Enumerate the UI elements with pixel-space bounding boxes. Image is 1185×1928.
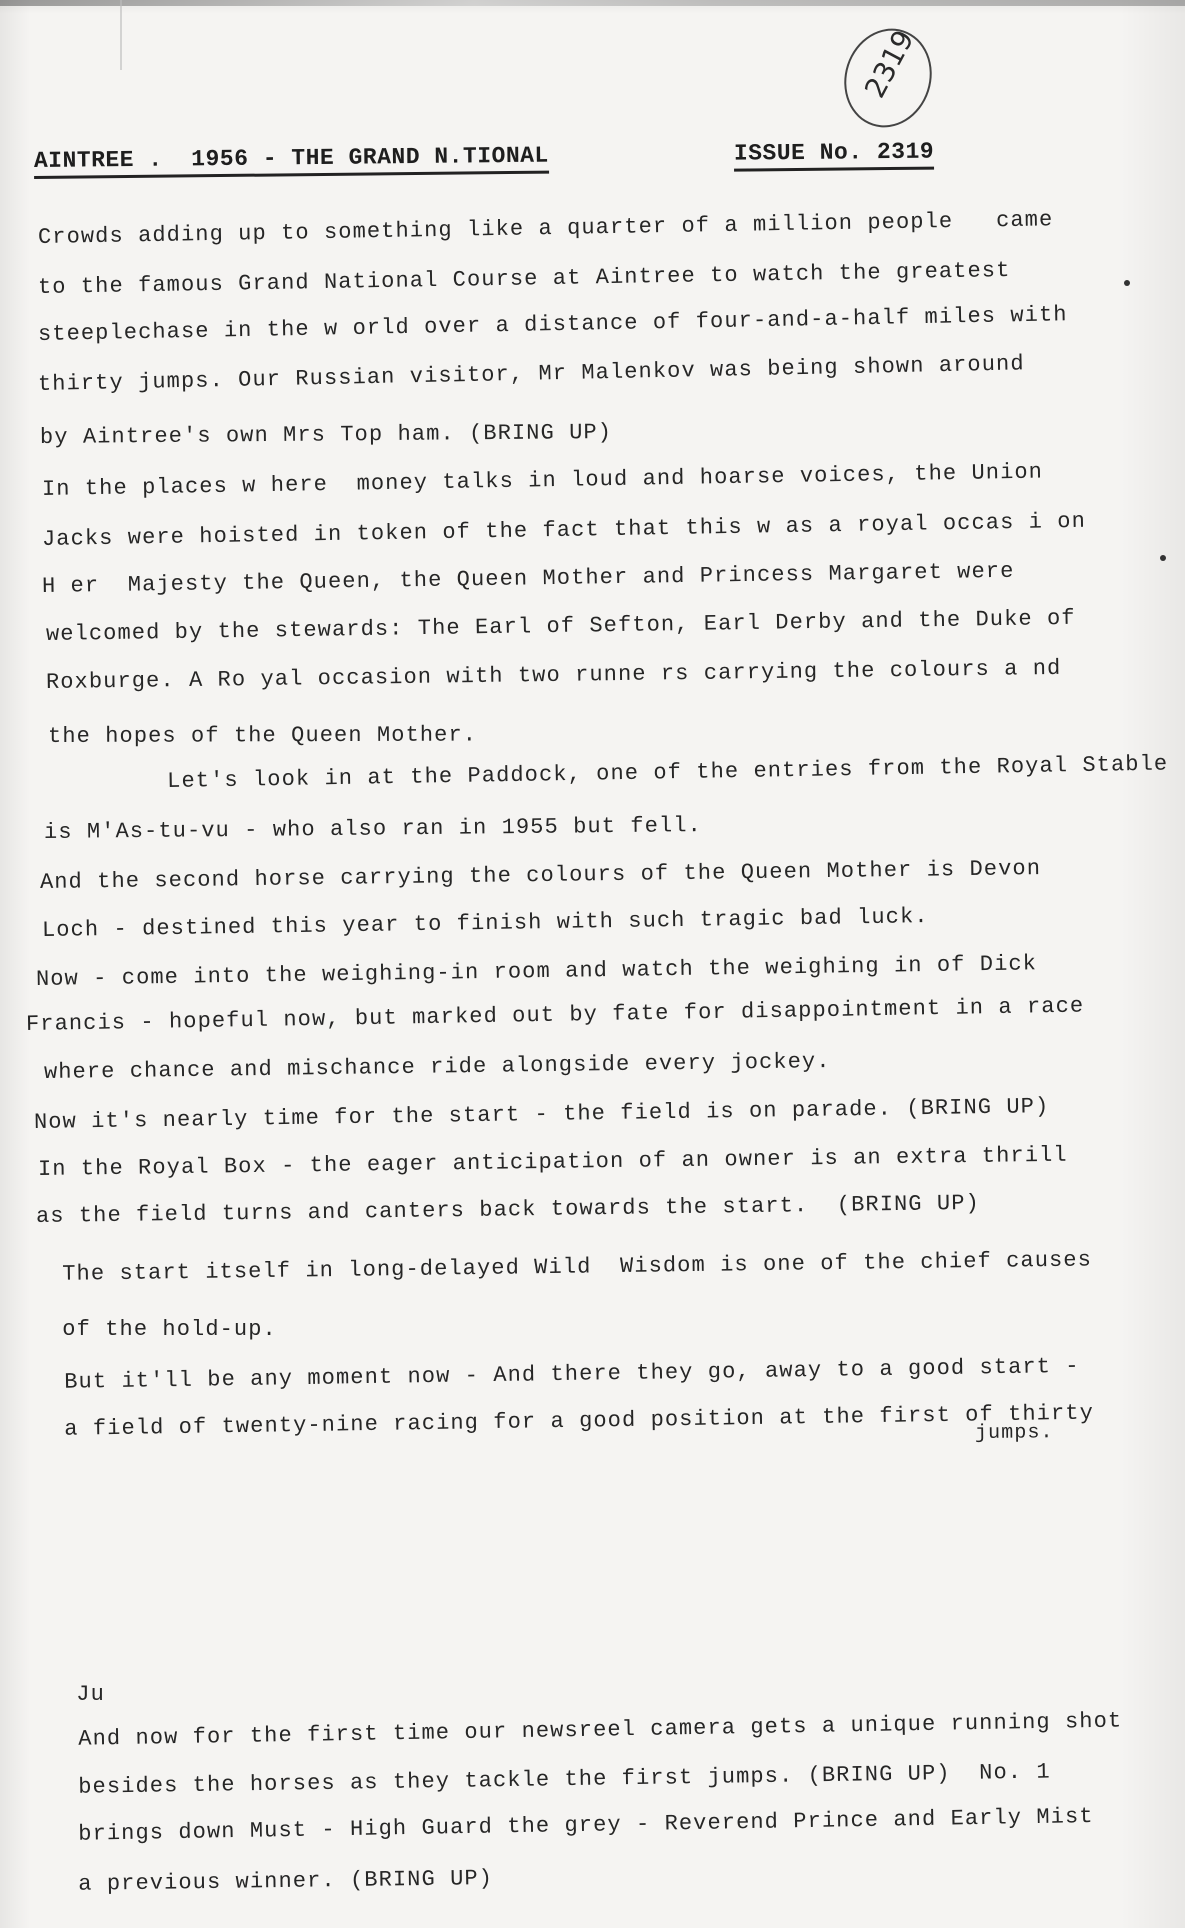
script-line: where chance and mischance ride alongsid…	[44, 1049, 831, 1085]
paper-crease	[120, 0, 122, 70]
script-line: Loch - destined this year to finish with…	[42, 904, 929, 943]
script-line: Ju	[62, 1682, 105, 1707]
script-line: But it'll be any moment now - And there …	[50, 1354, 1080, 1395]
ink-speck	[1124, 280, 1130, 286]
script-line: Let's look in at the Paddock, one of the…	[110, 752, 1169, 795]
script-line: as the field turns and canters back towa…	[36, 1191, 980, 1229]
script-line: a previous winner. (BRING UP)	[64, 1866, 493, 1897]
typewritten-page: 2319 AINTREE . 1956 - THE GRAND N.TIONAL…	[0, 0, 1185, 1928]
script-line: In the places w here money talks in loud…	[42, 460, 1043, 502]
script-line: of the hold-up.	[48, 1317, 277, 1342]
script-line: to the famous Grand National Course at A…	[38, 258, 1011, 300]
script-line: And now for the first time our newsreel …	[64, 1709, 1123, 1752]
script-line: Roxburge. A Ro yal occasion with two run…	[46, 656, 1062, 695]
script-line: a field of twenty-nine racing for a good…	[50, 1401, 1094, 1442]
script-line: the hopes of the Queen Mother.	[48, 723, 477, 749]
header-title: AINTREE . 1956 - THE GRAND N.TIONAL	[34, 143, 549, 179]
script-line: jumps.	[975, 1421, 1054, 1445]
document-header: AINTREE . 1956 - THE GRAND N.TIONAL ISSU…	[34, 138, 994, 188]
script-line: steeplechase in the w orld over a distan…	[38, 302, 1068, 347]
script-line: Now it's nearly time for the start - the…	[34, 1094, 1050, 1135]
script-line: And the second horse carrying the colour…	[40, 856, 1041, 895]
issue-number: ISSUE No. 2319	[734, 139, 935, 172]
script-line: Now - come into the weighing-in room and…	[36, 951, 1037, 992]
script-line: The start itself in long-delayed Wild Wi…	[48, 1247, 1092, 1287]
ink-speck	[1160, 555, 1166, 561]
script-line: by Aintree's own Mrs Top ham. (BRING UP)	[40, 420, 612, 450]
script-line: thirty jumps. Our Russian visitor, Mr Ma…	[38, 351, 1025, 397]
script-line: is M'As-tu-vu - who also ran in 1955 but…	[44, 813, 702, 845]
script-line: H er Majesty the Queen, the Queen Mother…	[42, 559, 1015, 599]
script-line: In the Royal Box - the eager anticipatio…	[38, 1143, 1068, 1182]
page-top-edge	[0, 0, 1185, 6]
script-line: welcomed by the stewards: The Earl of Se…	[46, 606, 1076, 647]
script-line: Francis - hopeful now, but marked out by…	[26, 994, 1085, 1037]
script-line: besides the horses as they tackle the fi…	[64, 1760, 1051, 1800]
script-line: Jacks were hoisted in token of the fact …	[42, 509, 1086, 552]
script-line: brings down Must - High Guard the grey -…	[64, 1804, 1094, 1847]
script-line: Crowds adding up to something like a qua…	[38, 207, 1054, 250]
